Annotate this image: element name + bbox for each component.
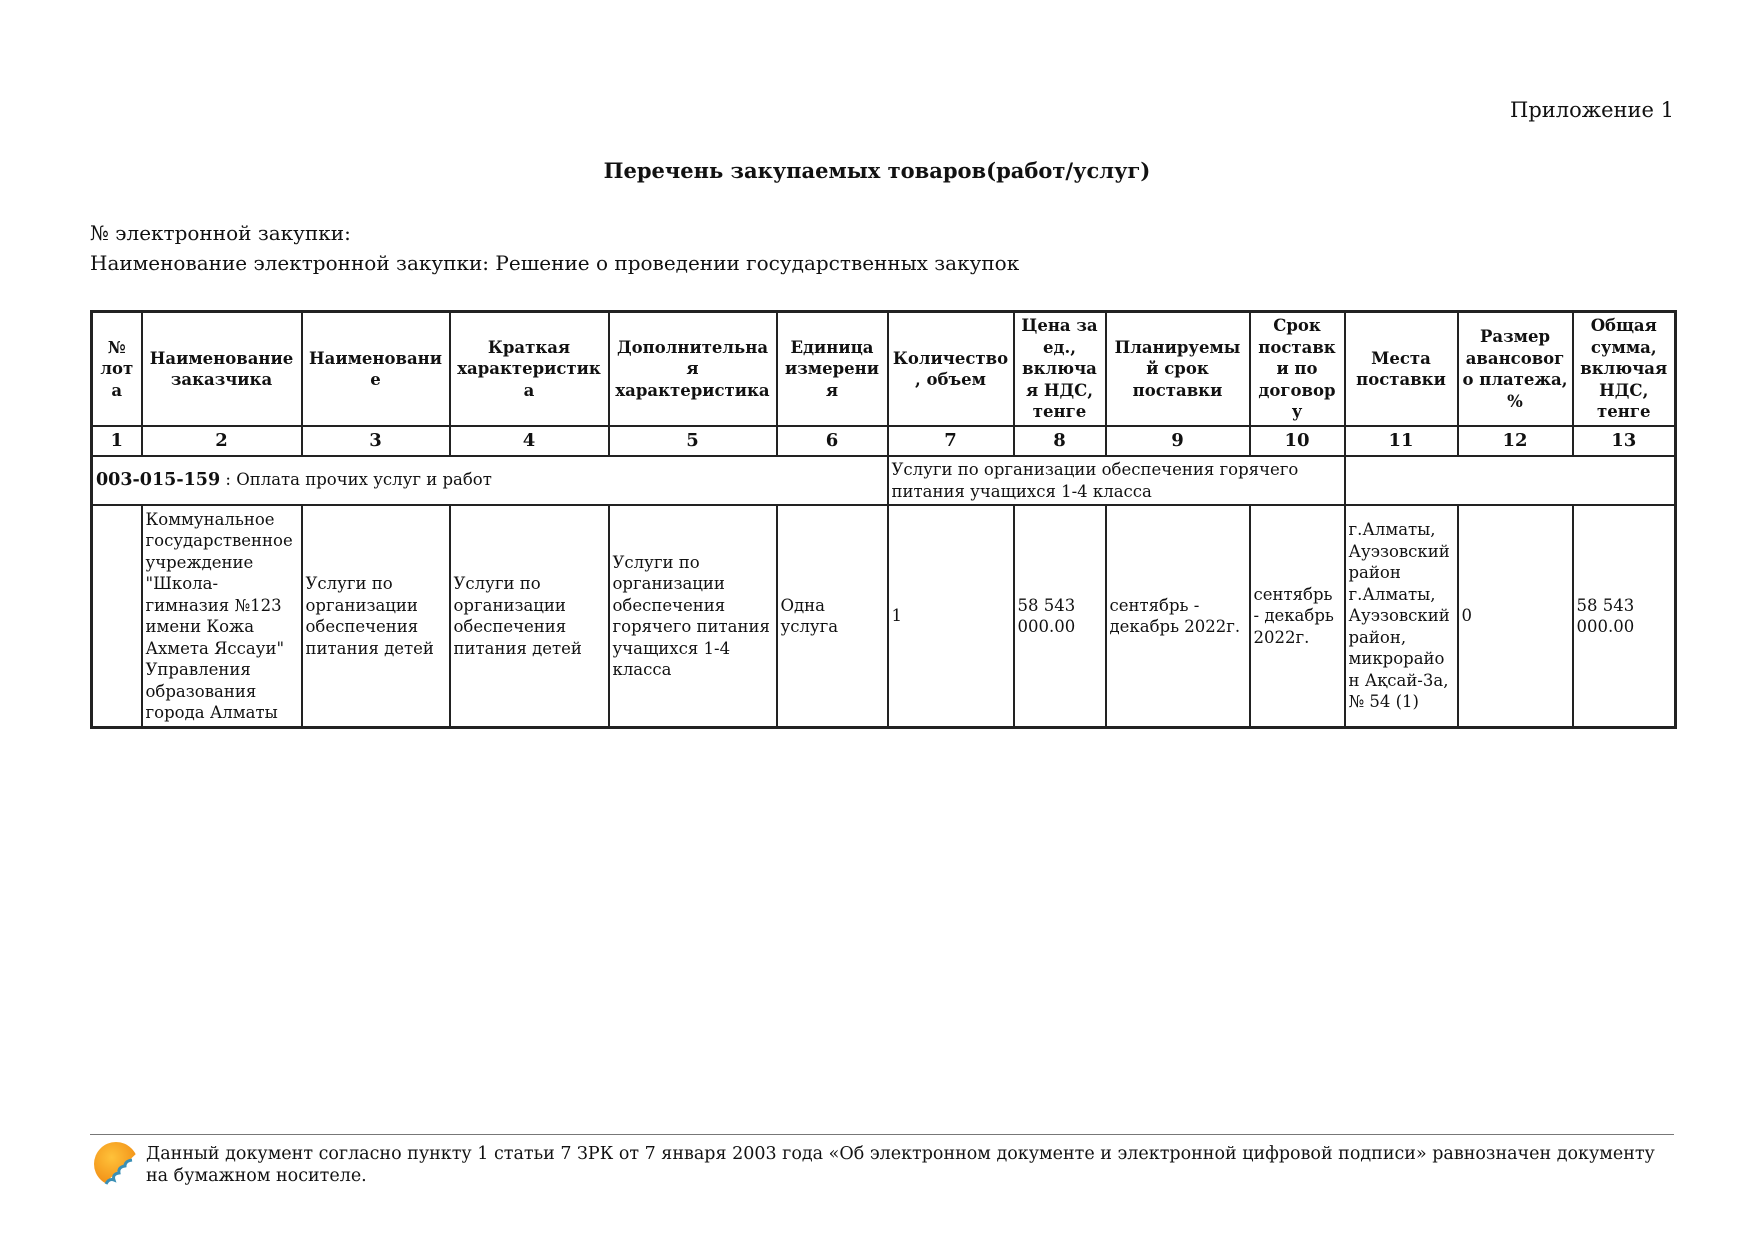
footer-legal-text: Данный документ согласно пункту 1 статьи… <box>146 1140 1672 1187</box>
column-number-row: 1 2 3 4 5 6 7 8 9 10 11 12 13 <box>92 426 1676 456</box>
procurement-number-label: № электронной закупки: <box>90 221 351 245</box>
cell-planned-term: сентябрь - декабрь 2022г. <box>1106 505 1250 728</box>
cell-name: Услуги по организации обеспечения питани… <box>302 505 450 728</box>
header-name: Наименование <box>302 312 450 427</box>
lots-table: № лота Наименование заказчика Наименован… <box>90 310 1677 729</box>
header-delivery-place: Места поставки <box>1345 312 1458 427</box>
procurement-name-label: Наименование электронной закупки: <box>90 251 489 275</box>
cell-delivery-place: г.Алматы, Ауэзовский район г.Алматы, Ауэ… <box>1345 505 1458 728</box>
egov-sun-logo-icon <box>92 1140 140 1188</box>
appendix-label: Приложение 1 <box>1510 98 1674 122</box>
header-planned-term: Планируемый срок поставки <box>1106 312 1250 427</box>
column-number: 5 <box>609 426 777 456</box>
budget-group-row: 003-015-159 : Оплата прочих услуг и рабо… <box>92 456 1676 505</box>
header-total-sum: Общая сумма, включая НДС, тенге <box>1573 312 1676 427</box>
column-number: 8 <box>1014 426 1106 456</box>
procurement-name-value: Решение о проведении государственных зак… <box>495 251 1019 275</box>
budget-code: 003-015-159 <box>96 470 220 490</box>
procurement-number-line: № электронной закупки: <box>90 221 351 245</box>
header-customer: Наименование заказчика <box>142 312 302 427</box>
procurement-name-line: Наименование электронной закупки: Решени… <box>90 251 1019 275</box>
document-title: Перечень закупаемых товаров(работ/услуг) <box>0 158 1754 183</box>
header-quantity: Количество, объем <box>888 312 1014 427</box>
column-number: 6 <box>777 426 888 456</box>
cell-lot-number <box>92 505 142 728</box>
column-number: 11 <box>1345 426 1458 456</box>
cell-quantity: 1 <box>888 505 1014 728</box>
table-row: Коммунальное государственное учреждение … <box>92 505 1676 728</box>
cell-total-sum: 58 543 000.00 <box>1573 505 1676 728</box>
column-number: 13 <box>1573 426 1676 456</box>
header-short-description: Краткая характеристика <box>450 312 609 427</box>
header-contract-term: Срок поставки по договору <box>1250 312 1345 427</box>
column-number: 9 <box>1106 426 1250 456</box>
column-number: 7 <box>888 426 1014 456</box>
cell-advance-payment: 0 <box>1458 505 1573 728</box>
header-unit: Единица измерения <box>777 312 888 427</box>
column-number: 10 <box>1250 426 1345 456</box>
table-header-row: № лота Наименование заказчика Наименован… <box>92 312 1676 427</box>
budget-group-extra <box>1345 456 1676 505</box>
budget-group-title: 003-015-159 : Оплата прочих услуг и рабо… <box>92 456 888 505</box>
column-number: 1 <box>92 426 142 456</box>
header-additional-description: Дополнительная характеристика <box>609 312 777 427</box>
header-advance-payment: Размер авансового платежа, % <box>1458 312 1573 427</box>
column-number: 2 <box>142 426 302 456</box>
cell-unit: Одна услуга <box>777 505 888 728</box>
header-lot-number: № лота <box>92 312 142 427</box>
cell-additional-description: Услуги по организации обеспечения горяче… <box>609 505 777 728</box>
column-number: 12 <box>1458 426 1573 456</box>
budget-separator: : <box>220 470 236 489</box>
cell-unit-price: 58 543 000.00 <box>1014 505 1106 728</box>
footer: Данный документ согласно пункту 1 статьи… <box>92 1140 1672 1188</box>
column-number: 4 <box>450 426 609 456</box>
header-unit-price: Цена за ед., включая НДС, тенге <box>1014 312 1106 427</box>
cell-contract-term: сентябрь - декабрь 2022г. <box>1250 505 1345 728</box>
cell-short-description: Услуги по организации обеспечения питани… <box>450 505 609 728</box>
budget-group-description: Услуги по организации обеспечения горяче… <box>888 456 1345 505</box>
footer-divider <box>90 1134 1674 1135</box>
column-number: 3 <box>302 426 450 456</box>
cell-customer: Коммунальное государственное учреждение … <box>142 505 302 728</box>
budget-name: Оплата прочих услуг и работ <box>236 470 492 489</box>
